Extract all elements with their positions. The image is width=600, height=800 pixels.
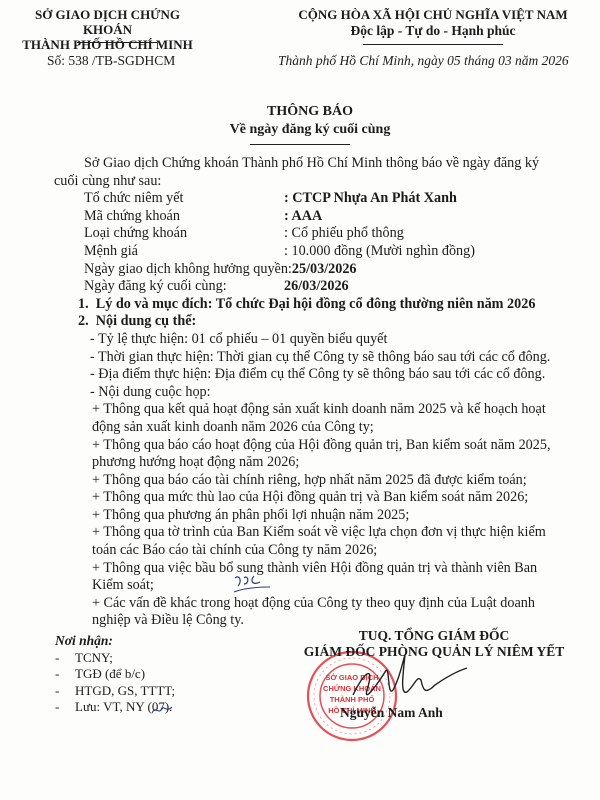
- section-1-text: : Tổ chức Đại hội đồng cổ đông thường ni…: [208, 296, 536, 312]
- initials-mark-icon: [232, 572, 272, 594]
- details-list: - Tỷ lệ thực hiện: 01 cổ phiếu – 01 quyề…: [84, 331, 564, 401]
- record-date-label: Ngày đăng ký cuối cùng:: [84, 278, 284, 296]
- title-main: THÔNG BÁO: [0, 103, 600, 121]
- agenda-item: + Thông qua tờ trình của Ban Kiểm soát v…: [92, 524, 564, 559]
- ex-date-value: 25/03/2026: [292, 261, 357, 279]
- nation-motto: Độc lập - Tự do - Hạnh phúc: [283, 23, 583, 39]
- section-1-label: Lý do và mục đích: [96, 296, 208, 312]
- detail-item: - Thời gian thực hiện: Thời gian cụ thể …: [90, 349, 564, 367]
- agenda-item: + Thông qua báo cáo hoạt động của Hội đồ…: [92, 437, 564, 472]
- title-sub: Về ngày đăng ký cuối cùng: [0, 121, 600, 139]
- agenda-item: + Các vấn đề khác trong hoạt động của Cô…: [92, 595, 564, 630]
- intro-paragraph: Sở Giao dịch Chứng khoán Thành phố Hồ Ch…: [54, 155, 564, 190]
- document-number: Số: 538 /TB-SGDHCM: [47, 53, 175, 69]
- document-body: Sở Giao dịch Chứng khoán Thành phố Hồ Ch…: [84, 155, 564, 630]
- field-label: Loại chứng khoán: [84, 225, 284, 243]
- field-label: Mã chứng khoán: [84, 208, 284, 226]
- field-row: Loại chứng khoán: Cổ phiếu phổ thông: [84, 225, 564, 243]
- ex-date-row: Ngày giao dịch không hưởng quyền: 25/03/…: [84, 261, 564, 279]
- field-label: Mệnh giá: [84, 243, 284, 261]
- field-value: : Cổ phiếu phổ thông: [284, 225, 404, 243]
- document-title: THÔNG BÁO Về ngày đăng ký cuối cùng: [0, 103, 600, 139]
- fields-list: Tổ chức niêm yết: CTCP Nhựa An Phát Xanh…: [84, 190, 564, 260]
- ex-date-label: Ngày giao dịch không hưởng quyền:: [84, 261, 292, 279]
- signature-title-1: TUQ. TỔNG GIÁM ĐỐC: [284, 628, 584, 644]
- detail-item: - Nội dung cuộc họp:: [90, 384, 564, 402]
- field-row: Tổ chức niêm yết: CTCP Nhựa An Phát Xanh: [84, 190, 564, 208]
- record-date-row: Ngày đăng ký cuối cùng: 26/03/2026: [84, 278, 564, 296]
- agenda-item: + Thông qua phương án phân phối lợi nhuậ…: [92, 507, 564, 525]
- recipient-item: TCNY;: [55, 650, 175, 667]
- section-2: 2. Nội dung cụ thể:: [78, 313, 564, 331]
- section-2-label: Nội dung cụ thể:: [96, 313, 197, 329]
- nation-title: CỘNG HÒA XÃ HỘI CHỦ NGHĨA VIỆT NAM: [283, 7, 583, 23]
- agenda-item: + Thông qua kết quả hoạt động sản xuất k…: [92, 401, 564, 436]
- record-date-value: 26/03/2026: [284, 278, 349, 296]
- issuer-underline: [77, 42, 157, 43]
- title-underline: [250, 144, 350, 145]
- signer-name: Nguyễn Nam Anh: [340, 705, 443, 721]
- handwritten-signature-icon: [345, 650, 475, 710]
- initials-mark-icon: [150, 701, 174, 717]
- recipient-item: HTGD, GS, TTTT;: [55, 683, 175, 700]
- issuer-name-line2: THÀNH PHỐ HỒ CHÍ MINH: [20, 37, 195, 52]
- field-row: Mệnh giá: 10.000 đồng (Mười nghìn đồng): [84, 243, 564, 261]
- agenda-item: + Thông qua việc bầu bổ sung thành viên …: [92, 560, 564, 595]
- field-value: : 10.000 đồng (Mười nghìn đồng): [284, 243, 475, 261]
- field-row: Mã chứng khoán: AAA: [84, 208, 564, 226]
- detail-item: - Tỷ lệ thực hiện: 01 cổ phiếu – 01 quyề…: [90, 331, 564, 349]
- field-value: : AAA: [284, 208, 322, 226]
- issuer-header: SỞ GIAO DỊCH CHỨNG KHOÁN THÀNH PHỐ HỒ CH…: [20, 7, 195, 52]
- national-header: CỘNG HÒA XÃ HỘI CHỦ NGHĨA VIỆT NAM Độc l…: [283, 7, 583, 39]
- agenda-item: + Thông qua mức thù lao của Hội đồng quả…: [92, 489, 564, 507]
- recipients-title: Nơi nhận:: [55, 633, 175, 650]
- detail-item: - Địa điểm thực hiện: Địa điểm cụ thể Cô…: [90, 366, 564, 384]
- field-value: : CTCP Nhựa An Phát Xanh: [284, 190, 457, 208]
- nation-underline: [363, 44, 503, 45]
- recipient-item: TGĐ (để b/c): [55, 666, 175, 683]
- issuer-name-line1: SỞ GIAO DỊCH CHỨNG KHOÁN: [20, 7, 195, 37]
- field-label: Tổ chức niêm yết: [84, 190, 284, 208]
- agenda-list: + Thông qua kết quả hoạt động sản xuất k…: [84, 401, 564, 630]
- place-date: Thành phố Hồ Chí Minh, ngày 05 tháng 03 …: [278, 53, 569, 69]
- agenda-item: + Thông qua báo cáo tài chính riêng, hợp…: [92, 472, 564, 490]
- section-1: 1. Lý do và mục đích: Tổ chức Đại hội đồ…: [78, 296, 564, 314]
